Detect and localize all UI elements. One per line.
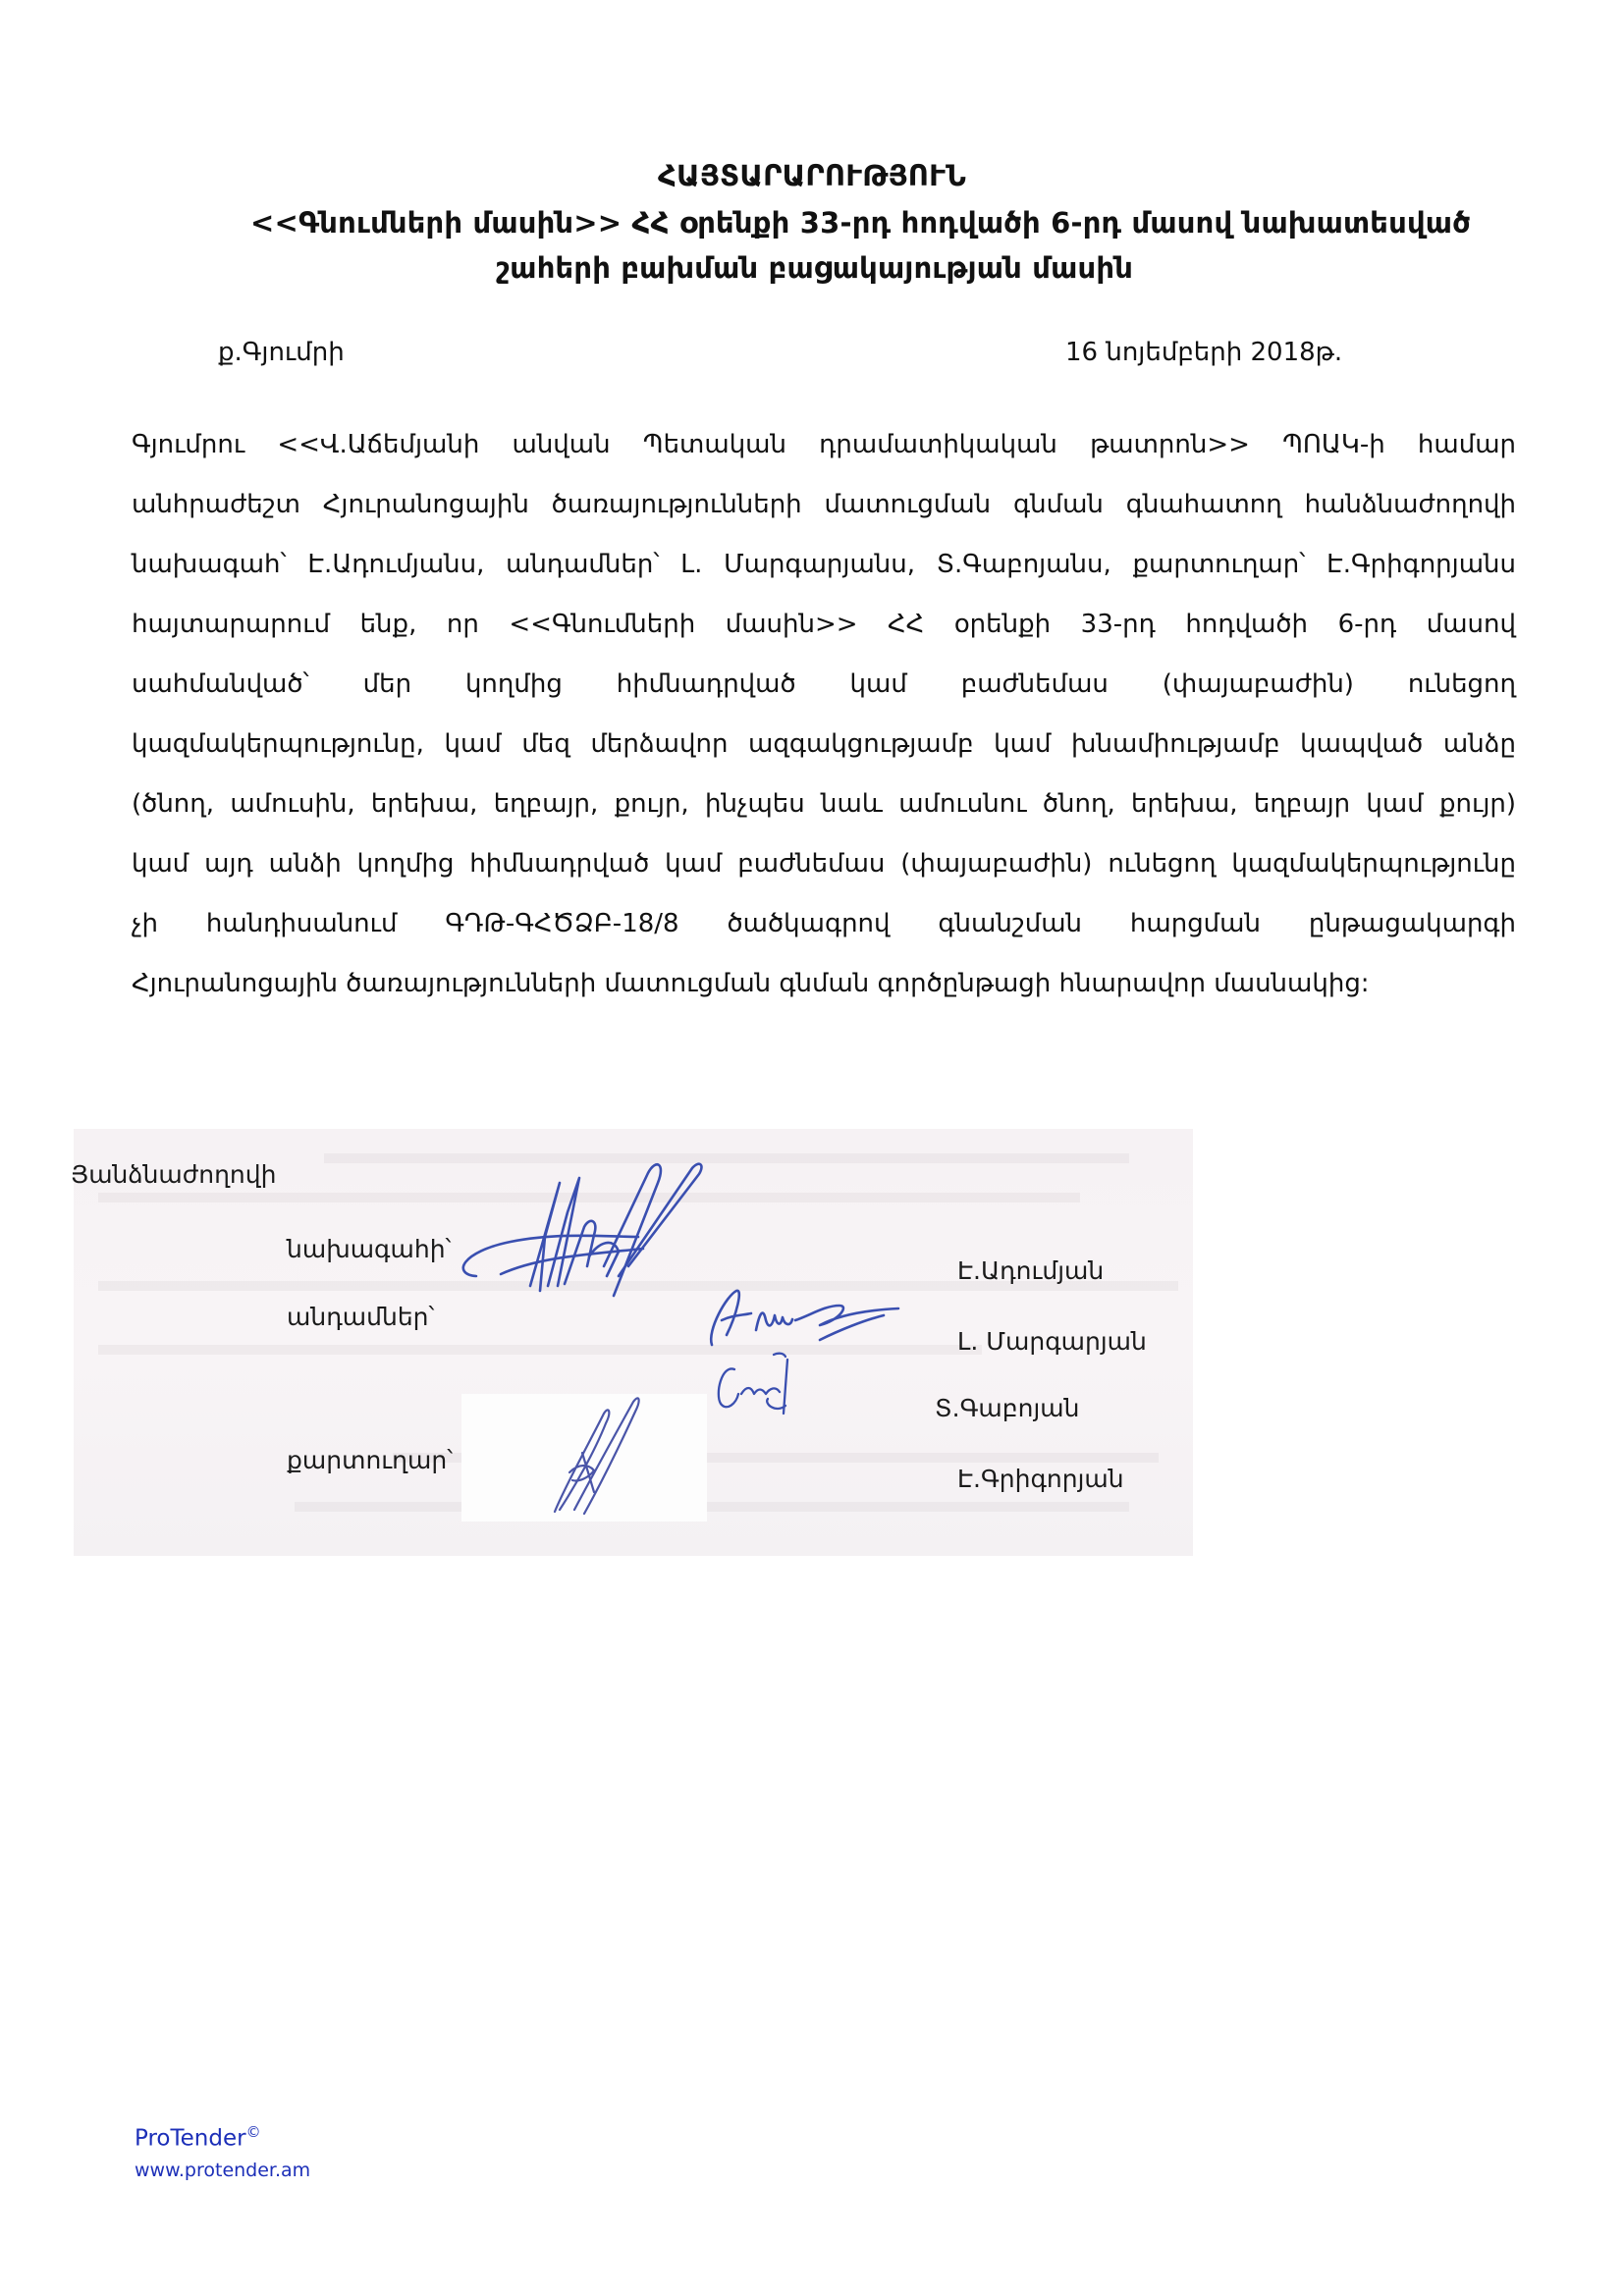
body-line: չի հանդիսանում ԳԴԹ-ԳՀԾՁԲ-18/8 ծածկագրով … — [132, 894, 1516, 954]
committee-label: Յանձնաժողովի — [71, 1160, 276, 1189]
secretary-label: քարտուղար՝ — [287, 1446, 453, 1474]
declaration-body: Գյումրու <<Վ.Աճեմյանի անվան Պետական դրամ… — [132, 415, 1516, 1014]
member-name: Տ.Գաբոյան — [935, 1394, 1079, 1422]
member-signature-icon — [707, 1345, 844, 1423]
document-subtitle-line1: <<Գնումների մասին>> ՀՀ օրենքի 33-րդ հոդվ… — [250, 206, 1471, 240]
body-line: (ծնող, ամուսին, երեխա, եղբայր, քույր, ին… — [132, 774, 1516, 834]
body-line: Գյումրու <<Վ.Աճեմյանի անվան Պետական դրամ… — [132, 415, 1516, 475]
body-line: անհրաժեշտ Հյուրանոցային ծառայությունների… — [132, 475, 1516, 535]
chairman-label: նախագահի՝ — [287, 1235, 451, 1263]
members-label: անդամներ՝ — [287, 1303, 434, 1331]
document-place: ք.Գյումրի — [218, 338, 345, 367]
scan-artifact — [295, 1502, 1129, 1512]
brand-name: ProTender — [135, 2126, 246, 2152]
body-line: նախագահ՝ Է.Ադումյանս, անդամներ՝ Լ. Մարգա… — [132, 535, 1516, 595]
body-line: կազմակերպությունը, կամ մեզ մերձավոր ազգա… — [132, 715, 1516, 774]
footer-url-link[interactable]: www.protender.am — [135, 2160, 310, 2181]
copyright-icon: © — [246, 2123, 261, 2141]
chairman-name: Է.Ադումյան — [957, 1256, 1104, 1285]
body-line: հայտարարում ենք, որ <<Գնումների մասին>> … — [132, 595, 1516, 655]
secretary-signature-icon — [535, 1394, 663, 1522]
body-line: սահմանված՝ մեր կողմից հիմնադրված կամ բաժ… — [132, 655, 1516, 715]
document-date: 16 նոյեմբերի 2018թ. — [1065, 338, 1342, 367]
footer-brand: ProTender© — [135, 2123, 261, 2152]
member-name: Լ. Մարգարյան — [957, 1327, 1147, 1356]
document-subtitle-line2: շահերի բախման բացակայության մասին — [496, 251, 1133, 285]
body-line: կամ այդ անձի կողմից հիմնադրված կամ բաժնե… — [132, 834, 1516, 894]
body-line: Հյուրանոցային ծառայությունների մատուցման… — [132, 954, 1516, 1014]
secretary-name: Է.Գրիգորյան — [957, 1465, 1124, 1493]
document-title: ՀԱՅՏԱՐԱՐՈՒԹՅՈՒՆ — [0, 159, 1624, 192]
